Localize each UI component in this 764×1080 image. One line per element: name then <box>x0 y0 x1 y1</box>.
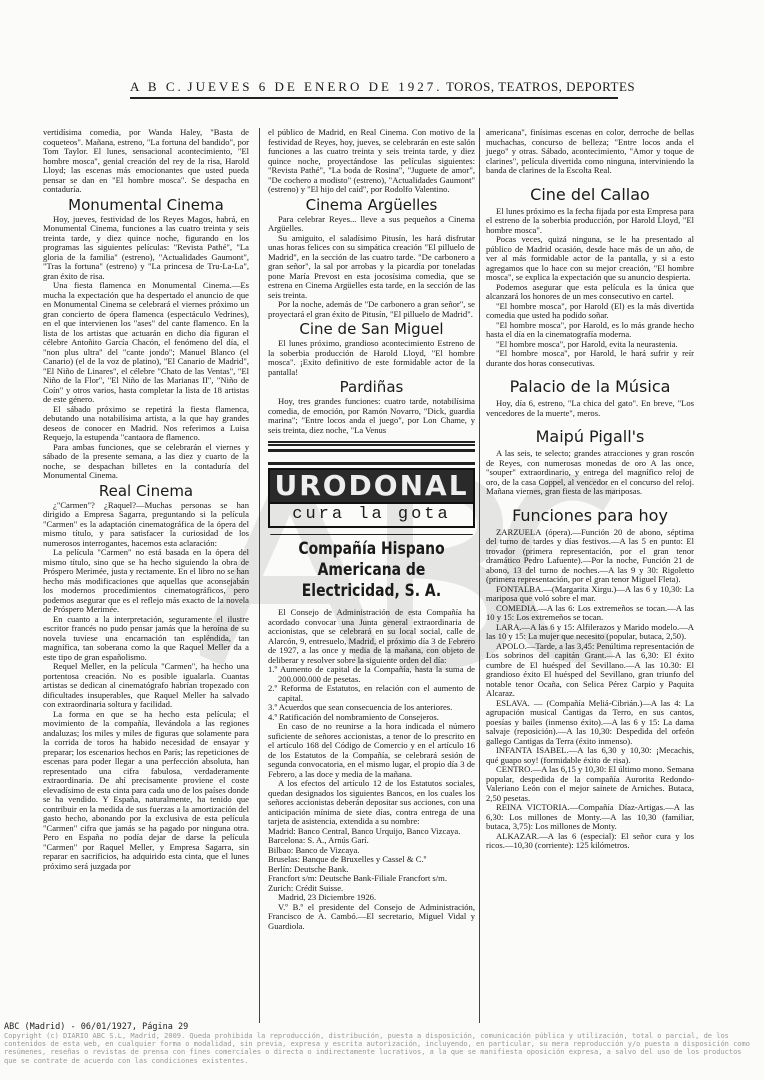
article-paragraph: En cuanto a la interpretación, seguramen… <box>43 615 249 663</box>
notice-paragraph: En caso de no reunirse a la hora indicad… <box>268 722 475 779</box>
section-title-real-cinema: Real Cinema <box>43 483 249 500</box>
ad-tagline: cura la gota <box>268 504 475 528</box>
section-title-cinema-arguelles: Cinema Argüelles <box>268 197 475 214</box>
section-title-palacio-de-la-musica: Palacio de la Música <box>486 378 694 395</box>
article-paragraph: Hoy, jueves, festividad de los Reyes Mag… <box>43 215 249 282</box>
ad-decorative-bars <box>268 449 475 465</box>
section-title-maipu-pigalls: Maipú Pigall's <box>486 428 694 445</box>
header-section: TOROS, TEATROS, DEPORTES <box>446 79 635 94</box>
column-2: el público de Madrid, en Real Cinema. Co… <box>268 128 475 931</box>
company-notice-title: Compañía Hispano Americana de Electricid… <box>270 534 473 602</box>
article-paragraph: El lunes próximo, grandioso acontecimien… <box>268 339 475 377</box>
article-continuation: americana", finísimas escenas en color, … <box>486 128 694 176</box>
source-citation: ABC (Madrid) - 06/01/1927, Página 29 <box>4 1023 754 1032</box>
article-paragraph: Podemos asegurar que esta película es la… <box>486 283 694 302</box>
article-continuation: vertidísima comedia, por Wanda Haley, "B… <box>43 128 249 195</box>
section-title-monumental-cinema: Monumental Cinema <box>43 197 249 214</box>
article-paragraph: Una fiesta flamenca en Monumental Cinema… <box>43 281 249 405</box>
article-continuation: el público de Madrid, en Real Cinema. Co… <box>268 128 475 195</box>
section-title-cine-san-miguel: Cine de San Miguel <box>268 321 475 338</box>
section-title-cine-del-callao: Cine del Callao <box>486 186 694 203</box>
article-paragraph: "El hombre mosca", por Harold (El) es la… <box>486 302 694 321</box>
notice-paragraph: A los efectos del artículo 12 de los Est… <box>268 779 475 827</box>
article-paragraph: Hoy, tres grandes funciones: cuatro tard… <box>268 397 475 435</box>
theater-listing: INFANTA ISABEL.—A las 6,30 y 10,30: ¡Mec… <box>486 746 694 765</box>
article-paragraph: "El hombre mosca", por Harold, es lo más… <box>486 321 694 340</box>
notice-signature: V.º B.º el presidente del Consejo de Adm… <box>268 903 475 932</box>
column-divider <box>479 128 480 1023</box>
copyright-notice: Copyright (c) DIARIO ABC S.L, Madrid, 20… <box>4 1032 754 1065</box>
notice-paragraph: El Consejo de Administración de esta Com… <box>268 608 475 665</box>
article-paragraph: La película "Carmen" no está basada en l… <box>43 548 249 615</box>
page-header: A B C. JUEVES 6 DE ENERO DE 1927. TOROS,… <box>130 79 618 99</box>
theater-listing: LARA.—A las 6 y 15: Alfilerazos y Marido… <box>486 623 694 642</box>
urodonal-advertisement: URODONAL cura la gota <box>268 441 475 528</box>
article-paragraph: La forma en que se ha hecho esta películ… <box>43 710 249 872</box>
theater-listing: APOLO.—Tarde, a las 3,45: Penúltima repr… <box>486 642 694 699</box>
bank-list: Madrid: Banco Central, Banco Urquijo, Ba… <box>268 827 475 894</box>
column-3: americana", finísimas escenas en color, … <box>486 128 694 851</box>
publication-name: A B C. <box>130 79 184 94</box>
section-title-pardinas: Pardiñas <box>268 379 475 396</box>
theater-listing: ZARZUELA (ópera).—Función 20 de abono, s… <box>486 528 694 585</box>
theater-listing: REINA VICTORIA.—Compañía Díaz-Artigas.—A… <box>486 803 694 832</box>
article-paragraph: ¿"Carmen"? ¿Raquel?—Muchas personas se h… <box>43 501 249 549</box>
article-paragraph: Requel Meller, en la película "Carmen", … <box>43 662 249 710</box>
page-footer: ABC (Madrid) - 06/01/1927, Página 29 Cop… <box>4 1023 754 1065</box>
article-paragraph: A las seis, te selecto; grandes atraccio… <box>486 449 694 497</box>
theater-listing: FONTALBA.—(Margarita Xirgu.)—A las 6 y 1… <box>486 585 694 604</box>
article-paragraph: El lunes próximo es la fecha fijada por … <box>486 207 694 236</box>
article-paragraph: Para ambas funciones, que se celebrarán … <box>43 443 249 481</box>
ad-brand: URODONAL <box>268 468 475 504</box>
agenda-item: 1.º Aumento de capital de la Compañía, h… <box>268 665 475 684</box>
article-paragraph: Para celebrar Reyes... lleve a sus peque… <box>268 215 475 234</box>
article-paragraph: El sábado próximo se repetirá la fiesta … <box>43 405 249 443</box>
article-paragraph: "El hombre mosca", por Harold, le hará s… <box>486 349 694 368</box>
column-1: vertidísima comedia, por Wanda Haley, "B… <box>43 128 249 871</box>
section-title-funciones-para-hoy: Funciones para hoy <box>486 507 694 524</box>
article-paragraph: Su amiguito, el saladísimo Pitusín, les … <box>268 234 475 301</box>
article-paragraph: Por la noche, además de "De carbonero a … <box>268 300 475 319</box>
theater-listing: ESLAVA. — (Compañía Meliá-Cibrián.)—A la… <box>486 699 694 747</box>
theater-listing: CENTRO.—A las 6,15 y 10,30: El último mo… <box>486 765 694 803</box>
theater-listing: COMEDIA.—A las 6: Los extremeños se toca… <box>486 604 694 623</box>
theater-listing: ALKAZAR.—A las 6 (especial): El señor cu… <box>486 832 694 851</box>
column-divider <box>259 128 260 1023</box>
article-paragraph: Hoy, día 6, estreno, "La chica del gato"… <box>486 399 694 418</box>
header-date: JUEVES 6 DE ENERO DE 1927. <box>188 79 443 94</box>
agenda-item: 2.º Reforma de Estatutos, en relación co… <box>268 684 475 703</box>
article-paragraph: Pocas veces, quizá ninguna, se le ha pre… <box>486 235 694 283</box>
